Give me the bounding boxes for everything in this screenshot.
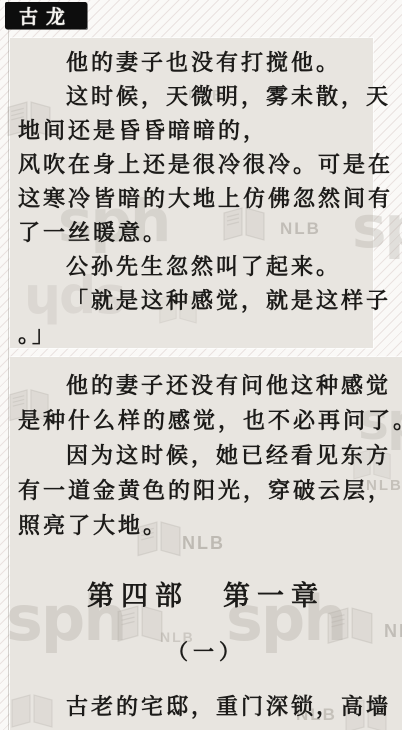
- body-line: 这时候，天微明，雾未散，天: [10, 80, 373, 114]
- body-line: 公孙先生忽然叫了起来。: [10, 250, 373, 284]
- body-line: 「就是这种感觉，就是这样子: [10, 284, 373, 318]
- body-line: 照亮了大地。: [10, 509, 402, 544]
- body-line: 有一道金黄色的阳光，穿破云层，: [10, 474, 402, 509]
- body-line: 。」: [10, 318, 373, 352]
- section-marker: （一）: [10, 636, 402, 666]
- body-line: 古老的宅邸，重门深锁，高墙: [10, 690, 402, 725]
- body-line: 他的妻子也没有打搅他。: [10, 46, 373, 80]
- scanned-book-page: sph sph sph sph sph sph NLB NLB NLB NLB …: [0, 0, 402, 730]
- text-layer: 他的妻子也没有打搅他。 这时候，天微明，雾未散，天 地间还是昏昏暗暗的， 风吹在…: [0, 0, 402, 730]
- author-stamp: 古龙: [5, 2, 87, 29]
- body-line: 他的妻子还没有问他这种感觉: [10, 369, 402, 404]
- body-line: 了一丝暖意。: [10, 216, 373, 250]
- text-block-2: 他的妻子还没有问他这种感觉 是种什么样的感觉，也不必再问了。 因为这时候，她已经…: [10, 357, 402, 725]
- body-line: 地间还是昏昏暗暗的，: [10, 114, 373, 148]
- chapter-heading: 第四部 第一章: [10, 574, 402, 614]
- body-line: 这寒冷皆暗的大地上仿佛忽然间有: [10, 182, 373, 216]
- body-line: 风吹在身上还是很冷很冷。可是在: [10, 148, 373, 182]
- body-line: 是种什么样的感觉，也不必再问了。: [10, 404, 402, 439]
- body-line: 因为这时候，她已经看见东方: [10, 439, 402, 474]
- text-block-1: 他的妻子也没有打搅他。 这时候，天微明，雾未散，天 地间还是昏昏暗暗的， 风吹在…: [10, 38, 373, 352]
